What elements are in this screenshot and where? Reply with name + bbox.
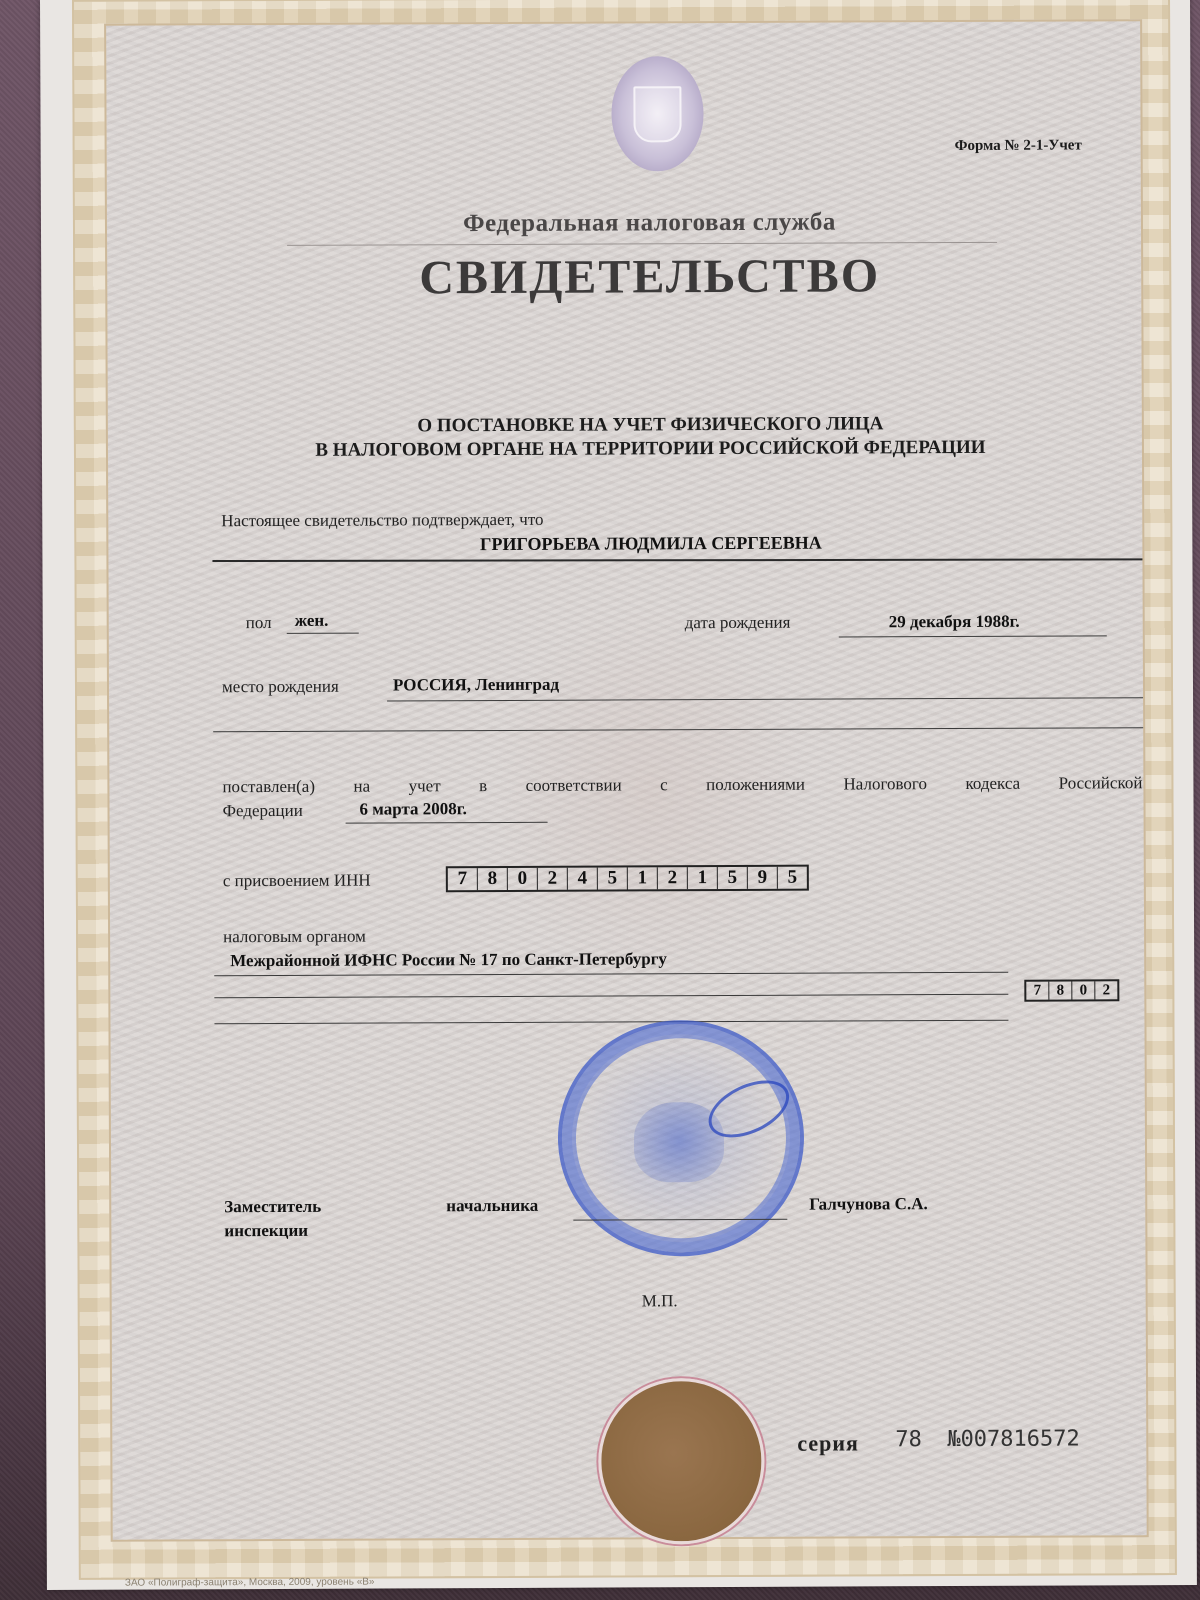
birth-date-label: дата рождения — [685, 613, 791, 633]
signer-name: Галчунова С.А. — [809, 1194, 928, 1215]
digit-box: 1 — [628, 867, 658, 889]
authority-label: налоговым органом — [223, 927, 366, 948]
registration-date: 6 марта 2008г. — [359, 799, 466, 819]
intro-label: Настоящее свидетельство подтверждает, чт… — [221, 510, 543, 531]
hologram-coat-of-arms-icon — [611, 56, 704, 171]
seal-emblem-icon — [598, 1378, 765, 1545]
digit-box: 2 — [1095, 981, 1117, 999]
eagle-shield-icon — [633, 86, 681, 142]
certificate-paper: Форма № 2-1-Учет Федеральная налоговая с… — [104, 19, 1149, 1542]
digit-box: 7 — [448, 868, 478, 890]
authority-value: Межрайонной ИФНС России № 17 по Санкт-Пе… — [230, 949, 667, 971]
digit-box: 4 — [568, 868, 598, 890]
sex-underline — [287, 633, 359, 634]
certificate-sheet: Форма № 2-1-Учет Федеральная налоговая с… — [40, 0, 1197, 1590]
inn-number: 780245121595 — [446, 865, 809, 893]
digit-box: 5 — [778, 867, 807, 889]
registration-statement: поставлен(а) на учет в соответствии с по… — [222, 773, 1142, 797]
full-name: ГРИГОРЬЕВА ЛЮДМИЛА СЕРГЕЕВНА — [108, 531, 1193, 557]
digit-box: 2 — [538, 868, 568, 890]
sex-value: жен. — [295, 611, 329, 631]
digit-box: 5 — [718, 867, 748, 889]
inn-label: с присвоением ИНН — [223, 871, 371, 892]
digit-box: 8 — [478, 868, 508, 890]
registration-statement-federation: Федерации — [222, 801, 302, 821]
digit-box: 8 — [1049, 982, 1072, 1000]
birth-date-value: 29 декабря 1988г. — [889, 612, 1020, 633]
official-stamp-icon — [557, 1020, 804, 1257]
birth-date-underline — [839, 635, 1107, 637]
digit-box: 0 — [1072, 981, 1095, 999]
subtitle-line-2: В НАЛОГОВОМ ОРГАНЕ НА ТЕРРИТОРИИ РОССИЙС… — [108, 435, 1193, 464]
position-word-3: инспекции — [224, 1221, 308, 1241]
position-word-1: Заместитель — [224, 1197, 321, 1217]
digit-box: 1 — [688, 867, 718, 889]
agency-name: Федеральная налоговая служба — [107, 207, 1192, 240]
certificate-number: №007816572 — [947, 1426, 1080, 1452]
agency-divider — [287, 242, 997, 246]
series-value: 78 — [895, 1427, 922, 1452]
full-name-underline — [212, 558, 1142, 562]
birth-place-value: РОССИЯ, Ленинград — [393, 675, 559, 696]
document-subtitle: О ПОСТАНОВКЕ НА УЧЕТ ФИЗИЧЕСКОГО ЛИЦА В … — [108, 411, 1193, 464]
series-label: серия — [797, 1430, 859, 1456]
authority-underline-3 — [214, 1020, 1008, 1024]
authority-underline-2 — [214, 994, 1008, 998]
digit-box: 0 — [508, 868, 538, 890]
digit-box: 9 — [748, 867, 778, 889]
seal-place-label: М.П. — [642, 1291, 678, 1311]
digit-box: 7 — [1026, 982, 1049, 1000]
printer-imprint: ЗАО «Полиграф-защита», Москва, 2009, уро… — [125, 1577, 375, 1589]
position-word-2: начальника — [446, 1196, 538, 1216]
form-number: Форма № 2-1-Учет — [955, 137, 1082, 155]
document-title: СВИДЕТЕЛЬСТВО — [107, 247, 1192, 307]
authority-code: 7802 — [1024, 979, 1119, 1001]
digit-box: 2 — [658, 867, 688, 889]
birth-place-label: место рождения — [222, 677, 339, 698]
digit-box: 5 — [598, 867, 628, 889]
sex-label: пол — [246, 613, 272, 633]
